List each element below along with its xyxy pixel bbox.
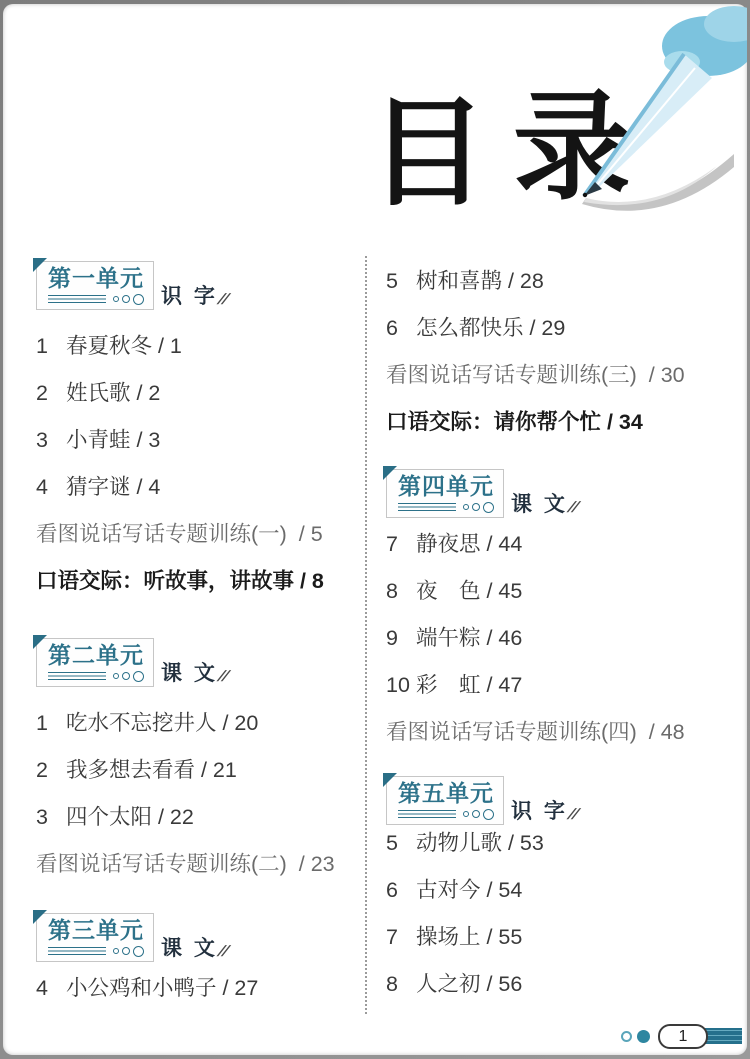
title-char-mu: 目	[369, 88, 487, 218]
entry-title: 吃水不忘挖井人 / 20	[66, 711, 258, 735]
pen-brush-illustration-icon	[532, 4, 747, 239]
circle-icon	[122, 672, 130, 680]
toc-entry-oral: 口语交际：请你帮个忙 / 34	[386, 410, 738, 434]
entry-title: 我多想去看看 / 21	[66, 758, 237, 782]
open-circle-icon	[621, 1031, 632, 1042]
entry-number: 7	[386, 925, 416, 949]
toc-entry: 2 姓氏歌 / 2	[36, 381, 358, 405]
unit-subtitle: 识 字	[161, 285, 218, 309]
circle-icon	[463, 504, 469, 510]
double-rule-icon	[48, 672, 106, 680]
corner-fold-icon	[33, 258, 47, 272]
unit-1-section: 第一单元 识 字 // 1 春夏秋冬 / 1 2 姓氏歌 / 2	[36, 256, 358, 593]
unit-name: 第一单元	[48, 266, 144, 291]
unit-subtitle: 课 文	[161, 937, 218, 961]
entry-title: 看图说话写话专题训练(四) / 48	[386, 720, 685, 744]
toc-entry: 4 小公鸡和小鸭子 / 27	[36, 976, 358, 1000]
unit-subtitle: 课 文	[511, 493, 568, 517]
unit-badge-decoration	[398, 502, 494, 512]
entry-title: 看图说话写话专题训练(三) / 30	[386, 363, 685, 387]
entry-title: 小公鸡和小鸭子 / 27	[66, 976, 258, 1000]
corner-fold-icon	[33, 635, 47, 649]
entry-title: 口语交际：听故事，讲故事 / 8	[36, 569, 324, 593]
toc-entry-training: 看图说话写话专题训练(二) / 23	[36, 852, 358, 876]
toc-entry: 10 彩 虹 / 47	[386, 673, 738, 697]
circle-icon	[133, 946, 144, 957]
unit-3-header: 第三单元 课 文 //	[36, 908, 358, 962]
entry-number: 1	[36, 334, 66, 358]
entry-title: 猜字谜 / 4	[66, 475, 160, 499]
unit-badge-decoration	[48, 294, 144, 304]
unit-badge: 第二单元	[36, 638, 154, 687]
entry-number: 3	[36, 428, 66, 452]
filled-circle-icon	[637, 1030, 650, 1043]
entry-number: 9	[386, 626, 416, 650]
entry-number: 8	[386, 579, 416, 603]
toc-right-column: 5 树和喜鹊 / 28 6 怎么都快乐 / 29 看图说话写话专题训练(三) /…	[386, 256, 738, 1019]
entry-title: 树和喜鹊 / 28	[416, 269, 544, 293]
circle-icon	[472, 503, 480, 511]
unit-badge: 第一单元	[36, 261, 154, 310]
toc-entry: 8 人之初 / 56	[386, 972, 738, 996]
toc-entry: 7 静夜思 / 44	[386, 532, 738, 556]
entry-number: 5	[386, 831, 416, 855]
entry-number: 1	[36, 711, 66, 735]
entry-title: 看图说话写话专题训练(二) / 23	[36, 852, 335, 876]
double-rule-icon	[398, 810, 456, 818]
toc-entry-training: 看图说话写话专题训练(四) / 48	[386, 720, 738, 744]
circle-icon	[113, 948, 119, 954]
circle-icon	[122, 947, 130, 955]
entry-title: 静夜思 / 44	[416, 532, 522, 556]
unit-name: 第四单元	[398, 474, 494, 499]
unit-badge-decoration	[398, 809, 494, 819]
toc-entry: 4 猜字谜 / 4	[36, 475, 358, 499]
double-rule-icon	[48, 295, 106, 303]
entry-title: 人之初 / 56	[416, 972, 522, 996]
entry-title: 夜 色 / 45	[416, 579, 522, 603]
entry-number: 2	[36, 381, 66, 405]
unit-4-header: 第四单元 课 文 //	[386, 464, 738, 518]
toc-entry: 9 端午粽 / 46	[386, 626, 738, 650]
entry-title: 看图说话写话专题训练(一) / 5	[36, 522, 323, 546]
entry-number: 7	[386, 532, 416, 556]
unit-4-section: 第四单元 课 文 // 7 静夜思 / 44 8 夜 色 / 45	[386, 464, 738, 744]
circle-icon	[472, 810, 480, 818]
entry-title: 春夏秋冬 / 1	[66, 334, 182, 358]
unit-subtitle: 课 文	[161, 662, 218, 686]
unit-3-continued-section: 5 树和喜鹊 / 28 6 怎么都快乐 / 29 看图说话写话专题训练(三) /…	[386, 256, 738, 434]
circle-icon	[133, 671, 144, 682]
toc-entry: 5 树和喜鹊 / 28	[386, 269, 738, 293]
unit-5-header: 第五单元 识 字 //	[386, 771, 738, 825]
unit-subtitle: 识 字	[511, 800, 568, 824]
entry-number: 2	[36, 758, 66, 782]
circle-icon	[113, 296, 119, 302]
corner-fold-icon	[383, 773, 397, 787]
entry-number: 10	[386, 673, 416, 697]
entry-title: 操场上 / 55	[416, 925, 522, 949]
circle-icon	[483, 502, 494, 513]
unit-name: 第三单元	[48, 918, 144, 943]
unit-2-section: 第二单元 课 文 // 1 吃水不忘挖井人 / 20 2 我多想去看看 / 21	[36, 633, 358, 876]
unit-5-section: 第五单元 识 字 // 5 动物儿歌 / 53 6 古对今 / 54	[386, 771, 738, 996]
toc-entry: 1 吃水不忘挖井人 / 20	[36, 711, 358, 735]
circle-icon	[463, 811, 469, 817]
toc-entry: 3 小青蛙 / 3	[36, 428, 358, 452]
entry-title: 怎么都快乐 / 29	[416, 316, 565, 340]
toc-entry-training: 看图说话写话专题训练(一) / 5	[36, 522, 358, 546]
circle-icon	[122, 295, 130, 303]
unit-badge-decoration	[48, 671, 144, 681]
unit-badge: 第五单元	[386, 776, 504, 825]
entry-title: 动物儿歌 / 53	[416, 831, 544, 855]
unit-badge: 第四单元	[386, 469, 504, 518]
toc-entry: 8 夜 色 / 45	[386, 579, 738, 603]
entry-title: 四个太阳 / 22	[66, 805, 194, 829]
page-footer: 1	[621, 1024, 742, 1048]
entry-title: 口语交际：请你帮个忙 / 34	[386, 410, 643, 434]
double-rule-icon	[48, 947, 106, 955]
entry-title: 姓氏歌 / 2	[66, 381, 160, 405]
toc-left-column: 第一单元 识 字 // 1 春夏秋冬 / 1 2 姓氏歌 / 2	[36, 256, 358, 1023]
toc-entry-training: 看图说话写话专题训练(三) / 30	[386, 363, 738, 387]
double-rule-icon	[398, 503, 456, 511]
page-number-badge: 1	[658, 1024, 708, 1049]
unit-1-header: 第一单元 识 字 //	[36, 256, 358, 310]
toc-entry: 5 动物儿歌 / 53	[386, 831, 738, 855]
entry-title: 小青蛙 / 3	[66, 428, 160, 452]
column-divider	[365, 256, 367, 1014]
unit-badge-decoration	[48, 946, 144, 956]
unit-2-header: 第二单元 课 文 //	[36, 633, 358, 687]
entry-title: 端午粽 / 46	[416, 626, 522, 650]
toc-entry: 2 我多想去看看 / 21	[36, 758, 358, 782]
entry-title: 古对今 / 54	[416, 878, 522, 902]
circle-icon	[483, 809, 494, 820]
toc-entry: 3 四个太阳 / 22	[36, 805, 358, 829]
entry-number: 8	[386, 972, 416, 996]
entry-number: 6	[386, 316, 416, 340]
circle-icon	[133, 294, 144, 305]
entry-number: 6	[386, 878, 416, 902]
unit-3-section: 第三单元 课 文 // 4 小公鸡和小鸭子 / 27	[36, 908, 358, 1000]
entry-number: 3	[36, 805, 66, 829]
unit-name: 第二单元	[48, 643, 144, 668]
circle-icon	[113, 673, 119, 679]
unit-badge: 第三单元	[36, 913, 154, 962]
corner-fold-icon	[383, 466, 397, 480]
toc-entry: 6 古对今 / 54	[386, 878, 738, 902]
entry-number: 5	[386, 269, 416, 293]
corner-fold-icon	[33, 910, 47, 924]
toc-entry: 7 操场上 / 55	[386, 925, 738, 949]
entry-title: 彩 虹 / 47	[416, 673, 522, 697]
entry-number: 4	[36, 475, 66, 499]
toc-entry-oral: 口语交际：听故事，讲故事 / 8	[36, 569, 358, 593]
toc-entry: 1 春夏秋冬 / 1	[36, 334, 358, 358]
book-page: 目 录 第一单元	[3, 4, 747, 1055]
unit-name: 第五单元	[398, 781, 494, 806]
toc-entry: 6 怎么都快乐 / 29	[386, 316, 738, 340]
entry-number: 4	[36, 976, 66, 1000]
